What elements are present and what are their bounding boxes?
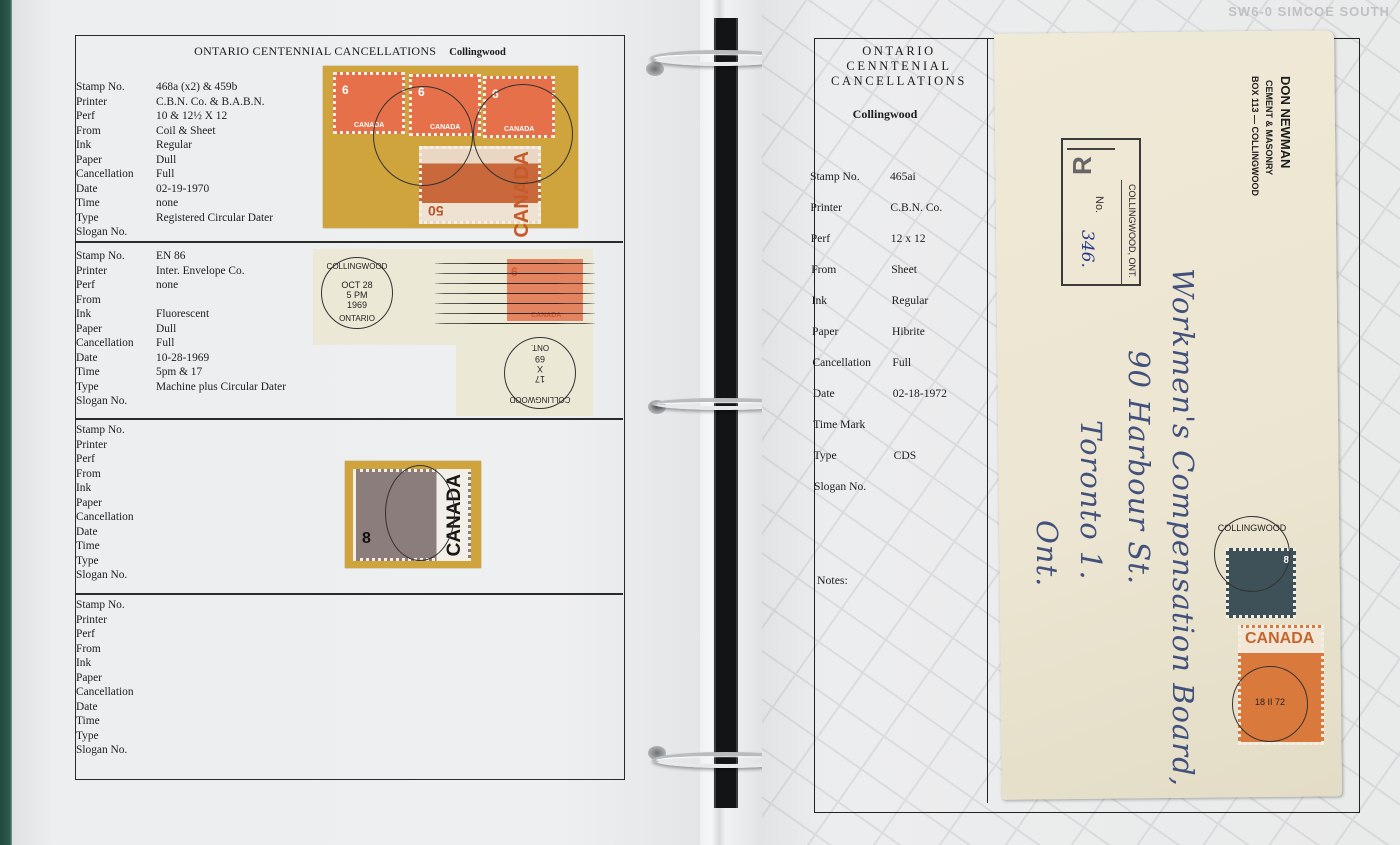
field-label: From [76, 293, 156, 308]
field-value [156, 743, 623, 758]
address-line-1: Workmen's Compensation Board, [1166, 268, 1200, 787]
field-label: Time [76, 196, 156, 211]
field-value [156, 700, 623, 715]
field-row: Date [76, 700, 623, 715]
field-value: Regular [892, 294, 929, 307]
field-label: Perf [76, 452, 156, 467]
right-field-row: FromSheet [811, 263, 917, 276]
field-value [156, 671, 623, 686]
right-field-row: PaperHibrite [812, 325, 925, 338]
field-row: Paper [76, 671, 623, 686]
field-row: Type [76, 729, 623, 744]
field-row: From [76, 642, 623, 657]
cancel-wave-line [435, 323, 595, 324]
field-label: Type [76, 729, 156, 744]
specimen-piece-machine-cancel: COLLINGWOOD OCT 28 5 PM 1969 ONTARIO 6 C… [313, 249, 593, 345]
right-field-row: Time Mark [813, 418, 893, 431]
field-value [156, 438, 623, 453]
field-label: Stamp No. [76, 423, 156, 438]
field-label: Paper [76, 671, 156, 686]
registration-number: 346. [1077, 230, 1097, 268]
field-row: Printer [76, 613, 623, 628]
specimen-piece-8c: 8 CANADA [345, 461, 481, 568]
field-label: Printer [76, 95, 156, 110]
field-label: Date [76, 182, 156, 197]
right-field-row: TypeCDS [814, 449, 917, 462]
cancel-wave-line [435, 273, 595, 274]
field-label: Printer [76, 438, 156, 453]
field-row: Ink [76, 656, 623, 671]
sheet-title: ONTARIO CENTENNIAL CANCELLATIONS Colling… [76, 44, 624, 59]
field-value: CDS [894, 449, 917, 462]
field-label: Paper [76, 322, 156, 337]
field-label: Time [76, 365, 156, 380]
field-label: Cancellation [76, 510, 156, 525]
field-label: From [811, 263, 891, 276]
field-label: Time [76, 714, 156, 729]
cover-postmark-1: COLLINGWOOD [1214, 516, 1290, 592]
field-value [156, 656, 623, 671]
field-label: Type [814, 449, 894, 462]
machine-cancel-dater: COLLINGWOOD OCT 28 5 PM 1969 ONTARIO [321, 257, 393, 329]
field-label: Printer [76, 613, 156, 628]
field-value: Hibrite [892, 325, 925, 338]
right-sheet-title: ONTARIO CENNTENIAL CANCELLATIONS [814, 44, 984, 89]
field-label: Time [76, 539, 156, 554]
notes-label: Notes: [817, 573, 848, 588]
right-field-row: InkRegular [812, 294, 929, 307]
entry-divider [76, 418, 623, 420]
field-label: Stamp No. [76, 80, 156, 95]
registration-office: COLLINGWOOD, ONT. [1121, 180, 1137, 284]
field-label: From [76, 642, 156, 657]
registration-r-mark: R [1067, 148, 1115, 182]
field-value [156, 613, 623, 628]
cancel-wave-line [435, 313, 595, 314]
envelope-indicia: 6 CANADA [507, 259, 583, 321]
field-label: Slogan No. [76, 394, 156, 409]
field-label: Printer [76, 264, 156, 279]
punch-hole [646, 62, 664, 76]
specimen-piece-cds: COLLINGWOOD 17 X 69 ONT. [456, 345, 593, 416]
address-line-2: 90 Harbour St. [1122, 350, 1156, 585]
right-sheet-town: Collingwood [814, 107, 956, 122]
field-label: Paper [812, 325, 892, 338]
circular-date-stamp: COLLINGWOOD 17 X 69 ONT. [504, 337, 576, 409]
field-row: Slogan No. [76, 743, 623, 758]
address-line-3: Toronto 1. [1074, 420, 1108, 581]
field-label: Paper [76, 496, 156, 511]
registered-postmark-1 [373, 86, 473, 186]
field-value [156, 729, 623, 744]
registered-postmark-2 [473, 84, 573, 184]
field-value: Sheet [891, 263, 917, 276]
field-row: Printer [76, 438, 623, 453]
registration-no-label: No. [1093, 196, 1105, 213]
field-label: Perf [76, 278, 156, 293]
right-field-row: Slogan No. [814, 480, 894, 493]
sheet-town: Collingwood [449, 47, 506, 58]
field-label: Cancellation [76, 685, 156, 700]
binder-spine-bar [714, 18, 738, 808]
field-label: Date [813, 387, 893, 400]
field-label: Type [76, 211, 156, 226]
entry-4: Stamp No.PrinterPerfFromInkPaperCancella… [76, 598, 623, 758]
field-label: Cancellation [76, 167, 156, 182]
field-label: Ink [76, 656, 156, 671]
field-row: Time [76, 714, 623, 729]
entry-divider [76, 593, 623, 595]
field-label: Perf [76, 627, 156, 642]
field-label: From [76, 467, 156, 482]
field-value [156, 423, 623, 438]
return-address: DON NEWMAN CEMENT & MASONRY BOX 113 — CO… [1238, 76, 1298, 216]
field-row: Slogan No. [76, 568, 623, 583]
address-line-4: Ont. [1030, 520, 1064, 587]
field-label: Paper [76, 153, 156, 168]
field-row: Stamp No. [76, 423, 623, 438]
sheet-title-text: ONTARIO CENTENNIAL CANCELLATIONS [194, 44, 436, 58]
field-label: Date [76, 351, 156, 366]
field-value [156, 568, 623, 583]
field-row: Stamp No. [76, 598, 623, 613]
field-value: C.B.N. Co. [890, 201, 942, 214]
field-label: Slogan No. [76, 225, 156, 240]
field-label: Ink [76, 307, 156, 322]
field-label: Cancellation [812, 356, 892, 369]
field-label: Perf [76, 109, 156, 124]
field-row: Perf [76, 627, 623, 642]
field-label: Stamp No. [76, 249, 156, 264]
cancel-wave-line [435, 263, 595, 264]
field-label: Slogan No. [76, 743, 156, 758]
field-label: Type [76, 380, 156, 395]
field-value [156, 627, 623, 642]
registration-label: R COLLINGWOOD, ONT. No. 346. [1061, 138, 1141, 286]
field-label: Ink [76, 138, 156, 153]
field-label: Slogan No. [814, 480, 894, 493]
field-value: Full [892, 356, 911, 369]
field-value [156, 598, 623, 613]
binder-album-scene: ONTARIO CENTENNIAL CANCELLATIONS Colling… [0, 0, 1400, 845]
field-value: 12 x 12 [891, 232, 926, 245]
cancel-wave-line [435, 303, 595, 304]
field-label: Stamp No. [810, 170, 890, 183]
right-field-row: PrinterC.B.N. Co. [810, 201, 942, 214]
field-label: Printer [810, 201, 890, 214]
field-value [156, 642, 623, 657]
right-field-row: Date02-18-1972 [813, 387, 947, 400]
right-field-row: CancellationFull [812, 356, 911, 369]
cancel-wave-line [435, 283, 595, 284]
cancel-wave-line [435, 293, 595, 294]
field-label: Date [76, 525, 156, 540]
field-value [156, 685, 623, 700]
right-field-row: Perf12 x 12 [811, 232, 926, 245]
show-through-header: SW6-0 SIMCOE SOUTH [1228, 4, 1390, 19]
field-label: Date [76, 700, 156, 715]
field-label: Slogan No. [76, 568, 156, 583]
field-label: Time Mark [813, 418, 893, 431]
specimen-piece-registered: 6 CANADA 6 CANADA 6 CANADA CANADA 50 [323, 66, 578, 228]
field-label: Ink [76, 481, 156, 496]
field-label: Perf [811, 232, 891, 245]
stamp-8c-postmark [385, 465, 455, 561]
field-value: 465ai [890, 170, 916, 183]
field-label: From [76, 124, 156, 139]
field-label: Ink [812, 294, 892, 307]
field-label: Stamp No. [76, 598, 156, 613]
field-row: Cancellation [76, 685, 623, 700]
entry-divider [76, 241, 623, 243]
field-label: Cancellation [76, 336, 156, 351]
field-value: 02-18-1972 [893, 387, 947, 400]
right-field-row: Stamp No.465ai [810, 170, 916, 183]
cover-postmark-2: 18 II 72 [1232, 666, 1308, 742]
field-value [156, 714, 623, 729]
field-label: Type [76, 554, 156, 569]
